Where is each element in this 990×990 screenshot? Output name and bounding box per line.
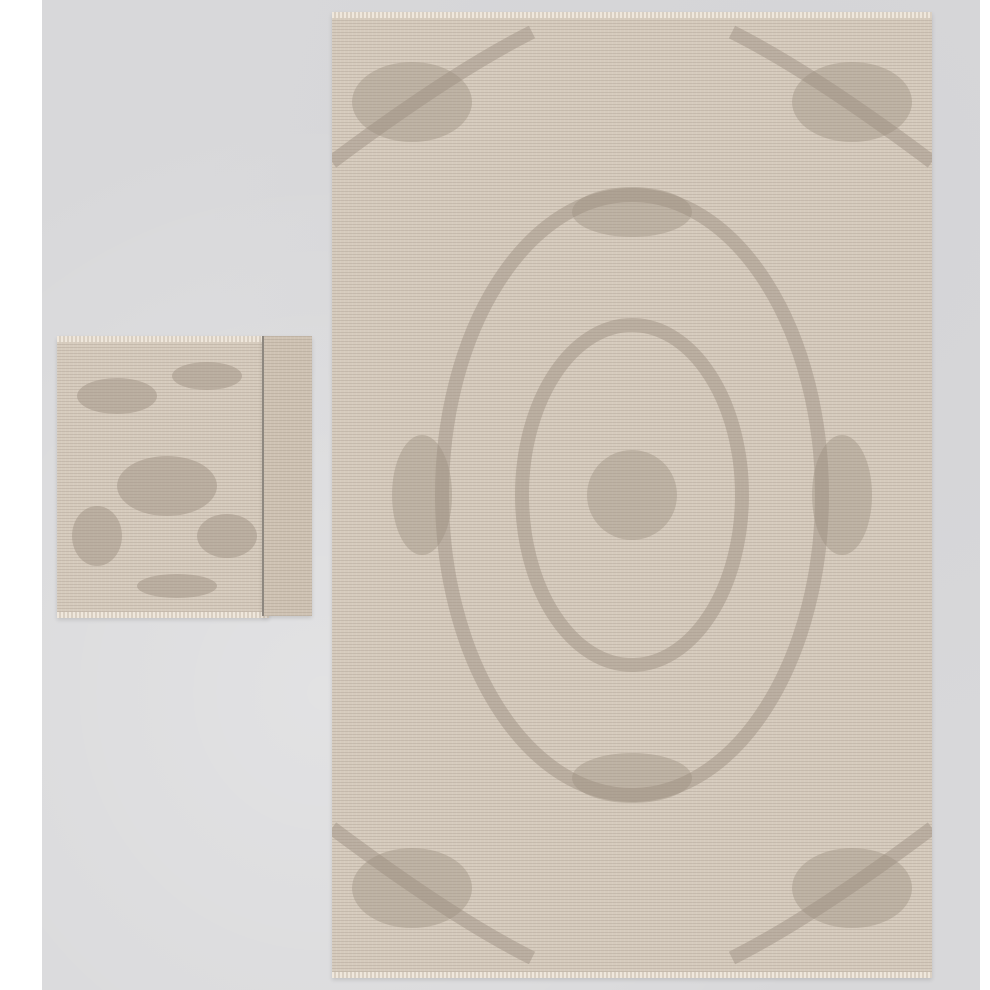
- fold-line: [262, 336, 264, 616]
- small-rug: [57, 336, 269, 618]
- large-rug-fringe-top: [332, 12, 932, 18]
- small-rug-folded-edge: [262, 336, 312, 616]
- large-rug-fringe-bottom: [332, 972, 932, 978]
- large-rug-medallion-pattern: [332, 12, 932, 978]
- small-rug-fringe-top: [57, 336, 269, 342]
- small-rug-pattern: [57, 336, 269, 618]
- small-rug-fringe-bottom: [57, 612, 269, 618]
- large-rug: [332, 12, 932, 978]
